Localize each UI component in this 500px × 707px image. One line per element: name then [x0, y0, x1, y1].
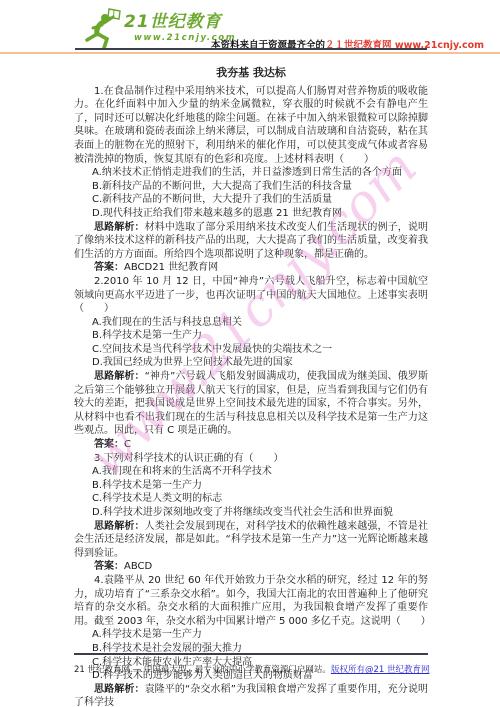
document-body: 我夯基 我达标 1.在食品制作过程中采用纳米技术，可以提高人们肠胃对营养物质的吸… [74, 66, 428, 707]
question-stem: 4.袁隆平从 20 世纪 60 年代开始致力于杂交水稻的研究，经过 12 年的努… [74, 574, 428, 628]
answer-text: ABCD21 世纪教育网 [124, 262, 218, 273]
option-a: A.纳米技术正悄悄走进我们的生活，并日益渗透到日常生活的各个方面 [74, 166, 428, 180]
option-b: B.新科技产品的不断问世，大大提高了我们生活的科技含量 [74, 180, 428, 194]
analysis-label: 思路解析： [94, 521, 145, 532]
page-footer: 21 世纪教育网 — 中国最大型、最专业的中小学教育资源门户网站。 版权所有@2… [74, 653, 428, 675]
analysis-label: 思路解析： [94, 684, 145, 695]
worksheet-page: 21世纪教育 www.21cnjy.com 本资料来自于资源最齐全的２１世纪教育… [0, 0, 500, 707]
question-stem: 1.在食品制作过程中采用纳米技术，可以提高人们肠胃对营养物质的吸收能力。在化纤面… [74, 85, 428, 167]
answer-row: 答案：ABCD [74, 560, 428, 574]
option-a: A.我们现在的生活与科技息息相关 [74, 316, 428, 330]
answer-label: 答案： [94, 262, 124, 273]
option-c: C.科学技术是人类文明的标志 [74, 492, 428, 506]
answer-text: C [124, 439, 131, 450]
analysis-label: 思路解析： [94, 222, 145, 233]
question-stem: 3.下列对科学技术的认识正确的有（ ） [74, 452, 428, 466]
question-block-3: 3.下列对科学技术的认识正确的有（ ） A.我们现在和将来的生活离不开科学技术 … [74, 452, 428, 574]
option-c: C.新科技产品的不断问世，大大提升了我们的生活质量 [74, 193, 428, 207]
option-d: D.我国已经成为世界上空间技术最先进的国家 [74, 356, 428, 370]
answer-row: 答案：C [74, 438, 428, 452]
answer-text: ABCD [124, 561, 152, 572]
analysis-row: 思路解析：“神舟”六号载人飞船发射圆满成功，使我国成为继美国、俄罗斯之后第三个能… [74, 370, 428, 438]
option-c: C.空间技术是当代科学技术中发展最快的尖端技术之一 [74, 343, 428, 357]
option-d: D.科学技术进步深刻地改变了并将继续改变当代社会生活和世界面貌 [74, 506, 428, 520]
page-title: 我夯基 我达标 [74, 66, 428, 80]
answer-label: 答案： [94, 439, 124, 450]
copyright-link[interactable]: 版权所有@21 世纪教育网 [331, 663, 430, 675]
runner-with-book-icon [82, 7, 122, 51]
question-block-4: 4.袁隆平从 20 世纪 60 年代开始致力于杂交水稻的研究，经过 12 年的努… [74, 574, 428, 707]
analysis-row: 思路解析：人类社会发展到现在，对科学技术的依赖性越来越强，不管是社会生活还是经济… [74, 520, 428, 561]
question-stem: 2.2010 年 10 月 12 日，中国“神舟”六号载人飞船升空，标志着中国航… [74, 275, 428, 316]
analysis-label: 思路解析： [94, 371, 145, 382]
analysis-row: 思路解析：袁隆平的“杂交水稻”为我国粮食增产发挥了重要作用，充分说明了科学技 [74, 683, 428, 707]
footer-info-text: 21 世纪教育网 — 中国最大型、最专业的中小学教育资源门户网站。 [74, 663, 331, 675]
accent-orange-line [0, 52, 500, 54]
header-divider [75, 48, 427, 50]
answer-label: 答案： [94, 561, 124, 572]
question-block-2: 2.2010 年 10 月 12 日，中国“神舟”六号载人飞船升空，标志着中国航… [74, 275, 428, 452]
option-a: A.科学技术是第一生产力 [74, 628, 428, 642]
option-d: D.现代科技正给我们带来越来越多的恩惠 21 世纪教育网 [74, 207, 428, 221]
question-block-1: 1.在食品制作过程中采用纳米技术，可以提高人们肠胃对营养物质的吸收能力。在化纤面… [74, 85, 428, 275]
option-b: B.科学技术是第一生产力 [74, 329, 428, 343]
answer-row: 答案：ABCD21 世纪教育网 [74, 261, 428, 275]
logo-brand-text: 21世纪教育 [124, 13, 236, 32]
option-a: A.我们现在和将来的生活离不开科学技术 [74, 465, 428, 479]
option-b: B.科学技术是第一生产力 [74, 479, 428, 493]
analysis-row: 思路解析：材料中选取了部分采用纳米技术改变人们生活现状的例子，说明了像纳米技术这… [74, 221, 428, 262]
